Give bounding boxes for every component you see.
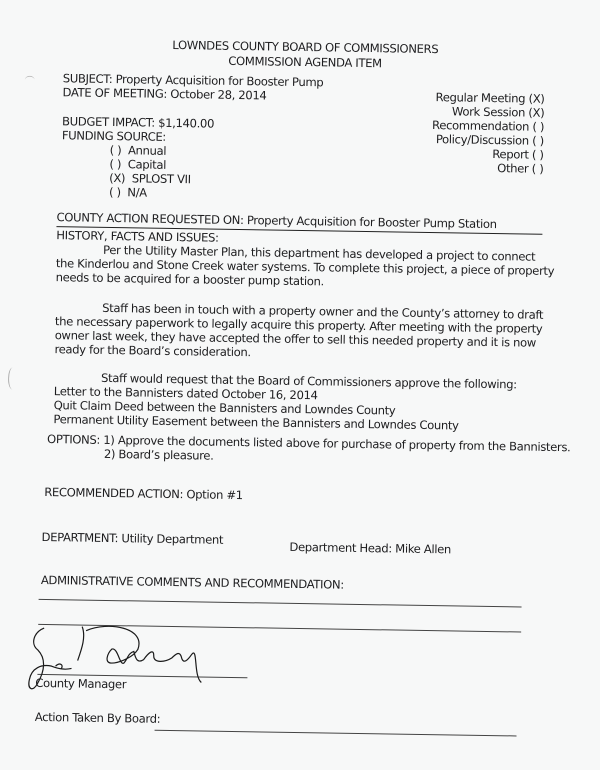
meeting-type-regular: Regular Meeting (X)	[432, 90, 544, 106]
action-taken-line[interactable]	[155, 730, 517, 737]
agenda-document: LOWNDES COUNTY BOARD OF COMMISSIONERS CO…	[0, 0, 600, 770]
request-block: Staff would request that the Board of Co…	[53, 370, 517, 433]
checkbox-mark: ( )	[109, 157, 121, 171]
admin-comments-label: ADMINISTRATIVE COMMENTS AND RECOMMENDATI…	[41, 573, 344, 592]
funding-option-label: SPLOST VII	[132, 171, 191, 186]
county-manager-label: County Manager	[35, 676, 126, 691]
funding-option-na: ( ) N/A	[61, 184, 213, 200]
history-paragraph-1: Per the Utility Master Plan, this depart…	[56, 242, 557, 292]
checkbox-mark: ( )	[110, 143, 122, 157]
funding-option-label: N/A	[127, 185, 147, 199]
scan-artifact	[8, 367, 17, 389]
checkbox-mark: ( )	[109, 185, 121, 199]
options-label: OPTIONS:	[47, 432, 100, 447]
meeting-type-policy: Policy/Discussion ( )	[432, 132, 544, 148]
funding-option-label: Capital	[128, 157, 166, 172]
history-paragraph-2: Staff has been in touch with a property …	[54, 300, 555, 364]
action-taken-label: Action Taken By Board:	[35, 710, 161, 726]
recommended-action: RECOMMENDED ACTION: Option #1	[44, 485, 243, 502]
department: DEPARTMENT: Utility Department	[41, 530, 223, 547]
checkbox-mark: (X)	[109, 171, 125, 185]
meeting-type-list: Regular Meeting (X) Work Session (X) Rec…	[431, 90, 544, 176]
funding-option-label: Annual	[128, 143, 166, 158]
options-block: OPTIONS: 1) Approve the documents listed…	[47, 432, 571, 468]
department-head: Department Head: Mike Allen	[289, 540, 451, 557]
meeting-type-other: Other ( )	[431, 160, 543, 176]
funding-source-label: FUNDING SOURCE:	[62, 128, 214, 144]
comment-line[interactable]	[39, 599, 522, 608]
funding-block: BUDGET IMPACT: $1,140.00 FUNDING SOURCE:…	[61, 114, 214, 200]
subject-block: SUBJECT: Property Acquisition for Booste…	[62, 71, 323, 103]
scan-artifact	[25, 76, 35, 85]
document-header: LOWNDES COUNTY BOARD OF COMMISSIONERS CO…	[5, 35, 600, 74]
